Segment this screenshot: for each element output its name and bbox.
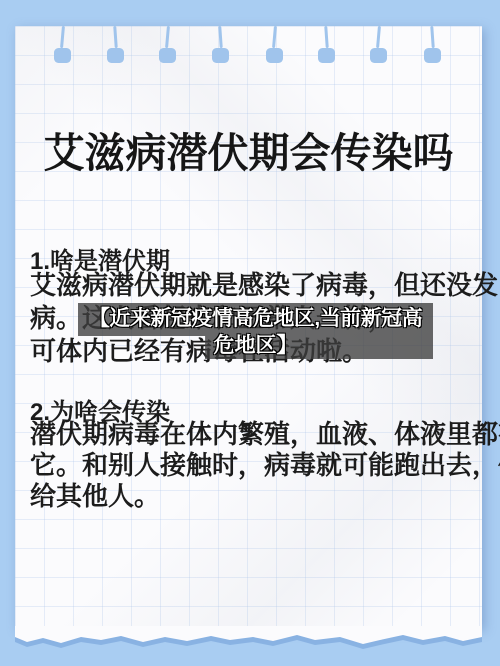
clip-stem bbox=[272, 26, 277, 48]
torn-paper-edge bbox=[15, 626, 482, 654]
binder-clip bbox=[370, 26, 387, 63]
section2-line: 潜伏期病毒在体内繁殖，血液、体液里都有 bbox=[30, 419, 475, 450]
section2-line: 给其他人。 bbox=[30, 481, 475, 512]
clip-pad bbox=[54, 48, 71, 63]
clip-stem bbox=[376, 26, 381, 48]
poster-title: 艾滋病潜伏期会传染吗 bbox=[15, 130, 482, 176]
section2-line: 它。和别人接触时，病毒就可能跑出去，传 bbox=[30, 450, 475, 481]
clip-pad bbox=[159, 48, 176, 63]
clip-pad bbox=[266, 48, 283, 63]
clip-pad bbox=[424, 48, 441, 63]
clip-stem bbox=[218, 26, 223, 48]
binder-clip bbox=[107, 26, 124, 63]
binder-clip bbox=[266, 26, 283, 63]
binder-clip bbox=[424, 26, 441, 63]
binder-clip bbox=[159, 26, 176, 63]
binder-clip bbox=[54, 26, 71, 63]
section2-body: 潜伏期病毒在体内繁殖，血液、体液里都有 它。和别人接触时，病毒就可能跑出去，传 … bbox=[30, 419, 475, 512]
binder-clip bbox=[212, 26, 229, 63]
clip-pad bbox=[318, 48, 335, 63]
clip-stem bbox=[60, 26, 65, 48]
watermark-line-1: 【近来新冠疫情高危地区,当前新冠高 bbox=[78, 303, 433, 334]
clip-stem bbox=[113, 26, 118, 48]
section1-line: 艾滋病潜伏期就是感染了病毒，但还没发 bbox=[30, 269, 475, 302]
clip-pad bbox=[370, 48, 387, 63]
binder-clip bbox=[318, 26, 335, 63]
poster-background: 艾滋病潜伏期会传染吗 1.啥是潜伏期 艾滋病潜伏期就是感染了病毒，但还没发 病。… bbox=[0, 0, 500, 666]
clip-stem bbox=[430, 26, 435, 48]
clip-pad bbox=[107, 48, 124, 63]
clip-stem bbox=[324, 26, 329, 48]
clip-pad bbox=[212, 48, 229, 63]
clip-stem bbox=[165, 26, 170, 48]
